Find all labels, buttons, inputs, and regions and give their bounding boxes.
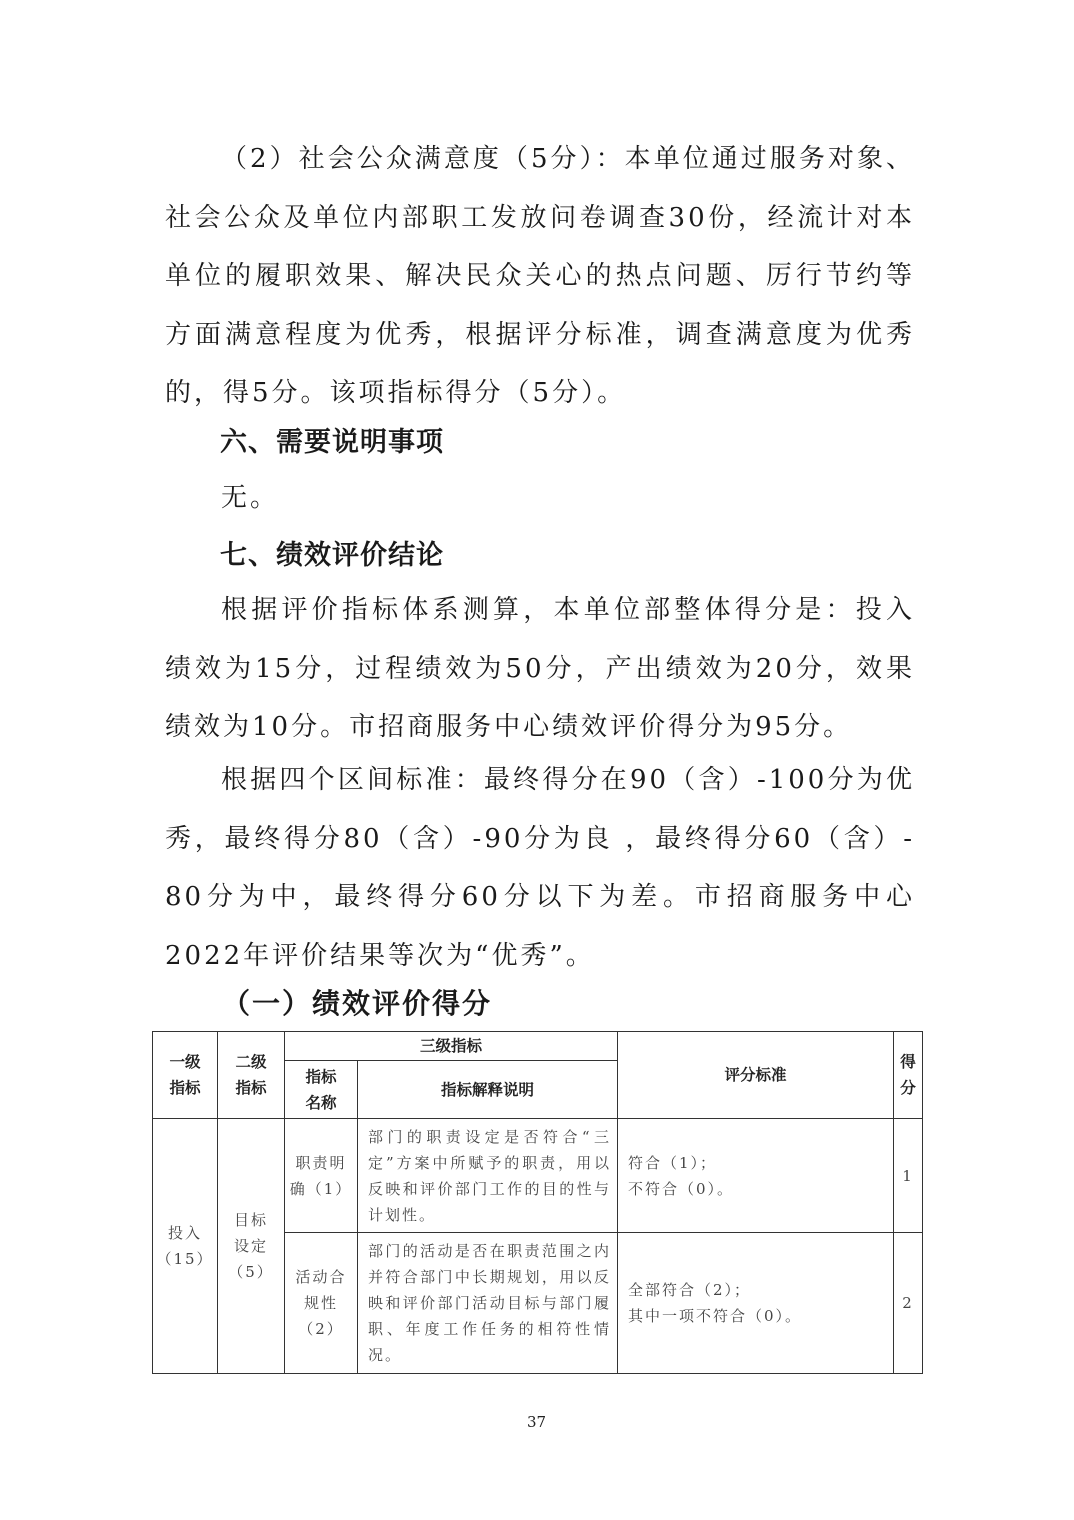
paragraph-score-summary: 根据评价指标体系测算，本单位部整体得分是：投入绩效为15分，过程绩效为50分，产… <box>165 581 915 757</box>
header-indicator-name: 指标名称 <box>285 1061 358 1119</box>
paragraph-public-satisfaction: （2）社会公众满意度（5分）：本单位通过服务对象、社会公众及单位内部职工发放问卷… <box>165 130 915 423</box>
table-header-row-1: 一级指标 二级指标 三级指标 评分标准 得分 <box>153 1032 923 1061</box>
indicator-desc-cell: 部门的职责设定是否符合“三定”方案中所赋予的职责，用以反映和评价部门工作的目的性… <box>358 1119 618 1233</box>
criteria-cell: 全部符合（2）；其中一项不符合（0）。 <box>618 1233 894 1374</box>
table-row: 投入（15） 目标设定（5） 职责明确（1） 部门的职责设定是否符合“三定”方案… <box>153 1119 923 1233</box>
score-cell: 2 <box>894 1233 923 1374</box>
level2-cell: 目标设定（5） <box>218 1119 285 1374</box>
section-heading-conclusion: 七、绩效评价结论 <box>220 533 444 572</box>
indicator-name-cell: 职责明确（1） <box>285 1119 358 1233</box>
header-level1-indicator: 一级指标 <box>153 1032 218 1119</box>
header-indicator-desc: 指标解释说明 <box>358 1061 618 1119</box>
paragraph-grade-standard: 根据四个区间标准：最终得分在90（含）-100分为优秀，最终得分80（含）-90… <box>165 751 915 985</box>
level1-cell: 投入（15） <box>153 1119 218 1374</box>
header-criteria: 评分标准 <box>618 1032 894 1119</box>
indicator-name-cell: 活动合规性（2） <box>285 1233 358 1374</box>
section-heading-notes: 六、需要说明事项 <box>220 420 444 459</box>
header-level2-indicator: 二级指标 <box>218 1032 285 1119</box>
performance-score-table: 一级指标 二级指标 三级指标 评分标准 得分 指标名称 指标解释说明 投入（15… <box>152 1031 923 1374</box>
subsection-heading-score: （一）绩效评价得分 <box>222 982 492 1022</box>
paragraph-none: 无。 <box>165 469 915 528</box>
score-cell: 1 <box>894 1119 923 1233</box>
header-level3-indicator: 三级指标 <box>285 1032 618 1061</box>
indicator-desc-cell: 部门的活动是否在职责范围之内并符合部门中长期规划，用以反映和评价部门活动目标与部… <box>358 1233 618 1374</box>
page-number: 37 <box>527 1413 546 1431</box>
header-score: 得分 <box>894 1032 923 1119</box>
criteria-cell: 符合（1）；不符合（0）。 <box>618 1119 894 1233</box>
